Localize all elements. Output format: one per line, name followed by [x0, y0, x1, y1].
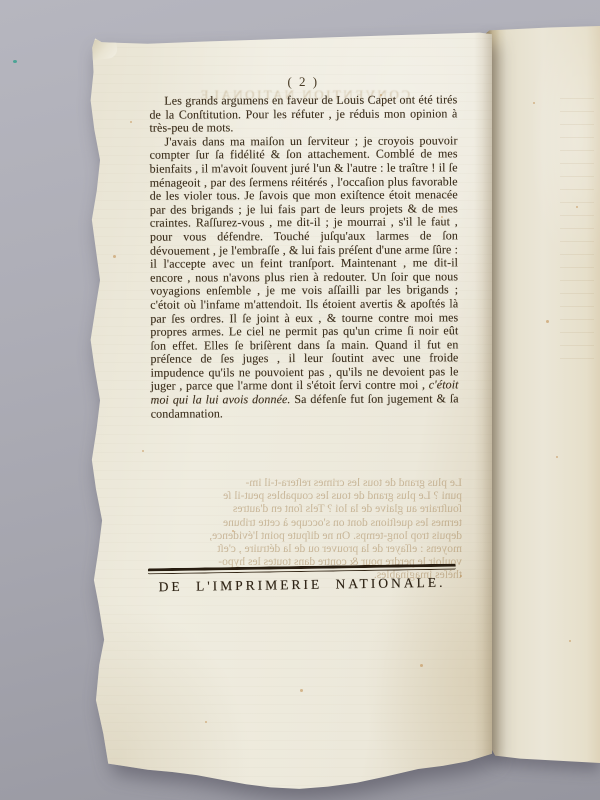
foxing-spot [569, 640, 571, 642]
foxing-spot [205, 721, 207, 723]
paragraph: J'avais dans ma maiſon un ſerviteur ; je… [150, 134, 459, 421]
show-through-line: termes les queſtions dont on s'occupe à … [146, 517, 462, 530]
foxing-spot [113, 255, 116, 258]
foxing-spot [300, 689, 303, 692]
foxing-spot [546, 320, 549, 323]
backdrop-speck [13, 60, 17, 63]
imprint-text: DE L'IMPRIMERIE NATIONALE. [140, 574, 464, 595]
foxing-spot [556, 456, 558, 458]
left-page-wrap: CONVENTION NATIONALE ( 2 ) Les grands ar… [82, 30, 492, 795]
corner-curl [88, 37, 118, 60]
foxing-spot [420, 664, 423, 667]
page-number: ( 2 ) [149, 73, 457, 90]
paragraph: Les grands argumens en faveur de Louis C… [149, 93, 457, 135]
show-through-texture [560, 98, 594, 368]
right-page-wrap [486, 26, 600, 763]
show-through-line: moyens : eſſayer de la prouver ou de la … [146, 543, 462, 556]
show-through-line: depuis trop long-temps. On ne diſpute po… [146, 530, 462, 543]
book-page-next [486, 26, 600, 763]
foxing-spot [130, 121, 132, 123]
imprint: DE L'IMPRIMERIE NATIONALE. [140, 563, 464, 595]
foxing-spot [142, 450, 144, 452]
text-block: Les grands argumens en faveur de Louis C… [149, 93, 458, 421]
foxing-spot [533, 102, 535, 104]
foxing-spot [576, 206, 578, 208]
show-through-line: puni ? Le plus grand de tous les coupabl… [146, 490, 462, 503]
book-page: CONVENTION NATIONALE ( 2 ) Les grands ar… [82, 30, 492, 795]
page-content: ( 2 ) Les grands argumens en faveur de L… [149, 73, 459, 421]
photo-backdrop: CONVENTION NATIONALE ( 2 ) Les grands ar… [0, 0, 600, 800]
show-through-line: Le plus grand de tous les crimes reſtera… [146, 477, 462, 490]
show-through-line: ſouſtraire au glaive de la loi ? Tels ſo… [146, 503, 462, 516]
